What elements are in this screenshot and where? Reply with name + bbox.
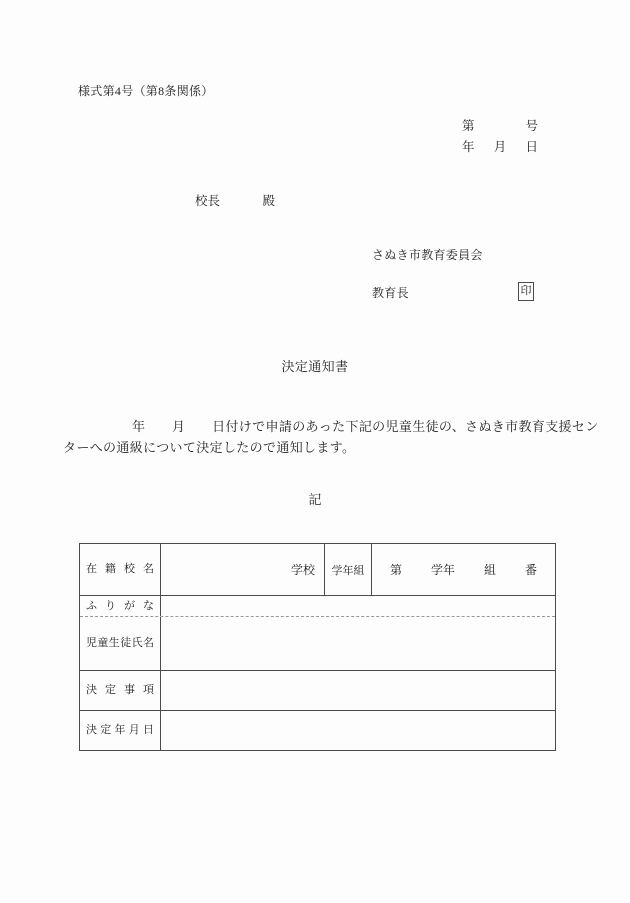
table-row-enrolled-school: 在籍校名 学校 学年組 第 学年 組 番 xyxy=(80,544,555,596)
notification-table: 在籍校名 学校 学年組 第 学年 組 番 ふりがな 児童生徒氏名 xyxy=(79,543,556,751)
sender-title: 教育長 xyxy=(372,284,409,301)
table-row-decision-date: 決定年月日 xyxy=(80,711,555,750)
student-name-label: 児童生徒氏名 xyxy=(86,637,154,649)
date-line: 年 月 日 xyxy=(462,137,538,155)
addressee-line: 校長 殿 xyxy=(195,191,275,209)
addressee-honorific: 殿 xyxy=(262,191,275,209)
body-text-line-1: 年 月 日付けで申請のあった下記の児童生徒の、さぬき市教育支援セン xyxy=(132,416,599,435)
grade-class-header-cell: 学年組 xyxy=(325,544,372,595)
document-number-line: 第 号 xyxy=(462,116,538,134)
school-name-input-cell: 学校 xyxy=(161,544,325,595)
decision-details-label-cell: 決定事項 xyxy=(80,671,161,710)
date-month-label: 月 xyxy=(494,137,507,155)
table-row-student-name: 児童生徒氏名 xyxy=(80,617,555,671)
table-row-furigana: ふりがな xyxy=(80,596,555,617)
sender-organization: さぬき市教育委員会 xyxy=(372,246,483,263)
furigana-input-cell xyxy=(161,596,555,616)
document-page: 様式第4号（第8条関係） 第 号 年 月 日 校長 殿 さぬき市教育委員会 教育… xyxy=(0,0,630,903)
decision-details-input-cell xyxy=(161,671,555,710)
furigana-label: ふりがな xyxy=(86,600,154,612)
grade-ordinal-label: 第 xyxy=(390,561,402,578)
school-suffix-label: 学校 xyxy=(291,561,315,578)
date-day-label: 日 xyxy=(525,137,538,155)
enrolled-school-label-cell: 在籍校名 xyxy=(80,544,161,595)
class-label: 組 xyxy=(484,561,496,578)
doc-number-suffix: 号 xyxy=(525,116,538,134)
grade-class-header-label: 学年組 xyxy=(332,562,365,578)
date-year-label: 年 xyxy=(462,137,475,155)
body-text-line-2: ターへの通級について決定したので通知します。 xyxy=(63,437,355,456)
form-number-label: 様式第4号（第8条関係） xyxy=(78,82,214,99)
student-name-input-cell xyxy=(161,617,555,670)
doc-number-prefix: 第 xyxy=(462,116,475,134)
student-name-label-cell: 児童生徒氏名 xyxy=(80,617,161,670)
addressee-title: 校長 xyxy=(195,191,220,209)
furigana-label-cell: ふりがな xyxy=(80,596,161,616)
decision-details-label: 決定事項 xyxy=(86,684,154,696)
record-marker: 記 xyxy=(0,489,630,508)
grade-year-label: 学年 xyxy=(431,561,455,578)
table-row-decision-details: 決定事項 xyxy=(80,671,555,711)
grade-class-detail-cell: 第 学年 組 番 xyxy=(372,544,555,595)
decision-date-label-cell: 決定年月日 xyxy=(80,711,161,750)
decision-date-label: 決定年月日 xyxy=(86,724,154,736)
enrolled-school-label: 在籍校名 xyxy=(86,563,154,575)
decision-date-input-cell xyxy=(161,711,555,750)
number-label: 番 xyxy=(525,561,537,578)
document-title: 決定通知書 xyxy=(0,356,630,375)
seal-mark: 印 xyxy=(518,282,534,301)
